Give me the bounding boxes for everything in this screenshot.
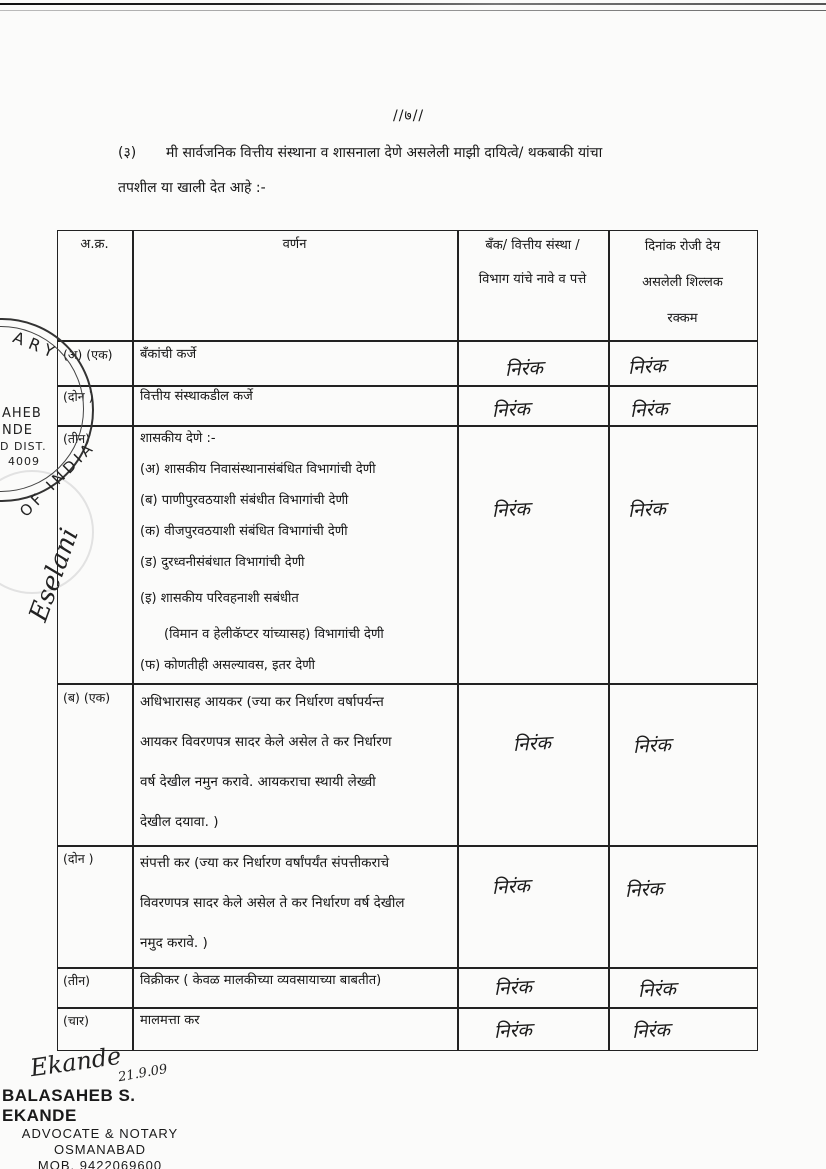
row-serial: (ब) (एक) <box>63 682 110 713</box>
description-line: नमुद करावे. ) <box>140 923 455 963</box>
description-line: शासकीय देणे :- <box>140 423 455 454</box>
description-line: (क) वीजपुरवठयाशी संबंधित विभागांची देणी <box>140 516 455 547</box>
header-balance-line2: असलेली शिल्लक <box>608 265 757 301</box>
row-serial: (दोन ) <box>63 843 94 874</box>
description-line: (ब) पाणीपुरवठयाशी संबंधीत विभागांची देणी <box>140 485 455 516</box>
row-description: वित्तीय संस्थाकडील कर्जे <box>140 381 253 412</box>
scan-edge-line <box>0 10 826 11</box>
header-serial: अ.क्र. <box>57 229 132 260</box>
intro-paragraph: (३)मी सार्वजनिक वित्तीय संस्थाना व शासना… <box>118 136 738 206</box>
notary-mobile: MOB. 9422069600 <box>0 1158 200 1169</box>
seal-line2: NDE <box>2 423 33 438</box>
notary-block: BALASAHEB S. EKANDE ADVOCATE & NOTARY OS… <box>0 1086 200 1169</box>
description-line: (अ) शासकीय निवासंस्थानासंबंधित विभागांची… <box>140 454 455 485</box>
header-institution: बँक/ वित्तीय संस्था / विभाग यांचे नावे व… <box>457 229 608 297</box>
handwritten-nil-institution: निरंक <box>493 1016 532 1044</box>
seal-line4: 4009 <box>8 455 40 468</box>
header-balance-line1: दिनांक रोजी देय <box>608 229 757 265</box>
column-divider <box>132 230 134 1051</box>
header-institution-line1: बँक/ वित्तीय संस्था / <box>457 229 608 263</box>
description-line: (फ) कोणतीही असल्यावस, इतर देणी <box>140 650 455 681</box>
scan-edge-line <box>0 3 826 5</box>
row-description: विक्रीकर ( केवळ मालकीच्या व्यवसायाच्या ब… <box>140 965 381 996</box>
column-divider <box>608 230 610 1051</box>
notary-signature-date: 21.9.09 <box>117 1062 168 1085</box>
handwritten-nil-institution: निरंक <box>493 973 532 1001</box>
description-line: (विमान व हेलीकॅप्टर यांच्यासह) विभागांची… <box>140 619 455 650</box>
description-line: वर्ष देखील नमुन करावे. आयकराचा स्थायी ले… <box>140 762 455 802</box>
description-line: (ड) दुरध्वनीसंबंधात विभागांची देणी <box>140 547 455 578</box>
row-serial: (चार) <box>63 1005 89 1036</box>
page-number: //७// <box>393 106 424 125</box>
notary-name: BALASAHEB S. EKANDE <box>0 1086 200 1126</box>
header-balance-line3: रक्कम <box>608 301 757 337</box>
handwritten-nil-institution: निरंक <box>491 495 530 523</box>
row-description: शासकीय देणे :- (अ) शासकीय निवासंस्थानासं… <box>140 423 455 681</box>
row-description: मालमत्ता कर <box>140 1005 200 1036</box>
row-serial: (तीन) <box>63 965 90 996</box>
description-line: संपत्ती कर (ज्या कर निर्धारण वर्षांपर्यं… <box>140 843 455 883</box>
description-line: अधिभारासह आयकर (ज्या कर निर्धारण वर्षापर… <box>140 682 455 722</box>
handwritten-nil-balance: निरंक <box>631 1016 670 1044</box>
handwritten-nil-institution: निरंक <box>491 872 530 900</box>
handwritten-nil-balance: निरंक <box>627 495 666 523</box>
notary-title: ADVOCATE & NOTARY <box>0 1126 200 1142</box>
handwritten-nil-institution: निरंक <box>512 729 551 757</box>
handwritten-nil-balance: निरंक <box>637 975 676 1003</box>
handwritten-nil-balance: निरंक <box>627 352 666 380</box>
intro-text-line1: मी सार्वजनिक वित्तीय संस्थाना व शासनाला … <box>166 145 602 161</box>
intro-text-line2: तपशील या खाली देत आहे :- <box>118 171 738 206</box>
description-line: (इ) शासकीय परिवहनाशी सबंधीत <box>140 578 455 619</box>
description-line: विवरणपत्र सादर केले असेल ते कर निर्धारण … <box>140 883 455 923</box>
header-balance: दिनांक रोजी देय असलेली शिल्लक रक्कम <box>608 229 757 337</box>
row-description: अधिभारासह आयकर (ज्या कर निर्धारण वर्षापर… <box>140 682 455 842</box>
seal-line1: AHEB <box>2 406 42 421</box>
handwritten-nil-institution: निरंक <box>504 354 543 382</box>
header-institution-line2: विभाग यांचे नावे व पत्ते <box>457 263 608 297</box>
handwritten-nil-balance: निरंक <box>632 731 671 759</box>
row-description: संपत्ती कर (ज्या कर निर्धारण वर्षांपर्यं… <box>140 843 455 963</box>
header-description: वर्णन <box>132 229 457 260</box>
intro-number: (३) <box>118 136 166 171</box>
seal-line3: D DIST. <box>0 440 47 453</box>
column-divider <box>457 230 459 1051</box>
notary-signature: Ekande <box>28 1042 122 1082</box>
description-line: देखील दयावा. ) <box>140 802 455 842</box>
handwritten-nil-balance: निरंक <box>629 395 668 423</box>
handwritten-nil-institution: निरंक <box>491 395 530 423</box>
description-line: आयकर विवरणपत्र सादर केले असेल ते कर निर्… <box>140 722 455 762</box>
handwritten-nil-balance: निरंक <box>624 875 663 903</box>
row-description: बँकांची कर्जे <box>140 339 196 370</box>
notary-city: OSMANABAD <box>0 1142 200 1158</box>
